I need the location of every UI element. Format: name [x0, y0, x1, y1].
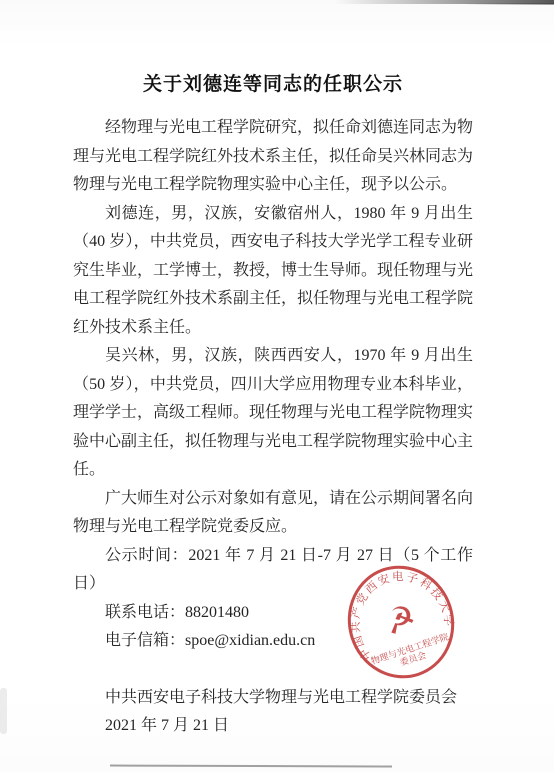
- hammer-sickle-icon: ☭: [380, 597, 422, 645]
- issuing-committee: 中共西安电子科技大学物理与光电工程学院委员会: [73, 684, 473, 713]
- paragraph-wuxinglin: 吴兴林，男，汉族，陕西西安人，1970 年 9 月出生（50 岁），中共党员，四…: [73, 342, 473, 485]
- photo-bottom-paper-edge: [110, 765, 392, 768]
- issue-date: 2021 年 7 月 21 日: [73, 712, 473, 741]
- paragraph-intro: 经物理与光电工程学院研究，拟任命刘德连同志为物理与光电工程学院红外技术系主任，拟…: [73, 114, 473, 200]
- paragraph-feedback: 广大师生对公示对象如有意见，请在公示期间署名向物理与光电工程学院党委反应。: [73, 485, 473, 542]
- notice-title: 关于刘德连等同志的任职公示: [73, 70, 473, 100]
- scanned-notice-page: 关于刘德连等同志的任职公示 经物理与光电工程学院研究，拟任命刘德连同志为物理与光…: [0, 0, 554, 772]
- photo-left-smudge: [0, 688, 7, 734]
- paragraph-liudelian: 刘德连，男，汉族，安徽宿州人，1980 年 9 月出生（40 岁），中共党员，西…: [73, 200, 473, 343]
- signature-block: 中共西安电子科技大学物理与光电工程学院委员会 2021 年 7 月 21 日: [73, 684, 473, 741]
- photo-top-corner-shadow: [464, 3, 554, 5]
